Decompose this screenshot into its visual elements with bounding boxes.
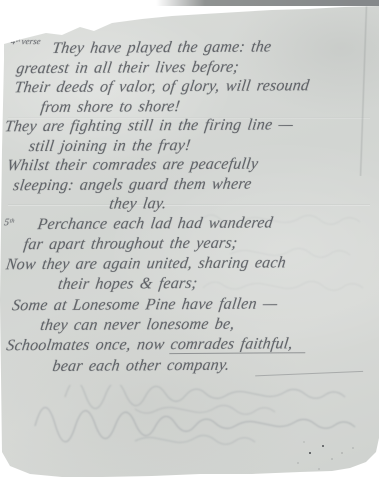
poem-line: from shore to shore! bbox=[39, 95, 378, 117]
poem-line: far apart throughout the years; bbox=[22, 232, 379, 255]
poem-line: Some at Lonesome Pine have fallen — bbox=[11, 293, 379, 316]
paper-sheet: 4ᵗʰ verse 5ᵗʰ They have played the game:… bbox=[0, 0, 379, 480]
poem-line: they lay. bbox=[108, 193, 379, 214]
verse-5: Perchance each lad had wandered far apar… bbox=[4, 212, 377, 377]
bleed-through-writing bbox=[12, 385, 370, 457]
verse-4-label: 4ᵗʰ verse bbox=[10, 36, 41, 46]
poem-line: Perchance each lad had wandered bbox=[36, 212, 379, 235]
underlined-phrase: comrades faithful, bbox=[169, 335, 307, 354]
poem-line: still joining in the fray! bbox=[28, 134, 379, 156]
poem-line: their hopes & fears; bbox=[57, 273, 379, 296]
poem-line: sleeping: angels guard them where bbox=[12, 173, 379, 195]
verse-4: They have played the game: the greatest … bbox=[3, 37, 376, 215]
poem-text: 4ᵗʰ verse 5ᵗʰ They have played the game:… bbox=[3, 37, 377, 377]
poem-line: Whilst their comrades are peacefully bbox=[6, 154, 379, 176]
scan-edge-strip bbox=[156, 0, 379, 6]
poem-line: Schoolmates once, now comrades faithful, bbox=[5, 334, 379, 357]
poem-line: they can never lonesome be, bbox=[39, 314, 379, 337]
poem-line: They are fighting still in the firing li… bbox=[4, 115, 379, 137]
poem-line: Their deeds of valor, of glory, will res… bbox=[13, 76, 378, 98]
poem-line: bear each other company. bbox=[51, 354, 379, 377]
poem-line: They have played the game: the bbox=[51, 37, 378, 59]
scanned-page: 4ᵗʰ verse 5ᵗʰ They have played the game:… bbox=[0, 0, 379, 480]
verse-5-label: 5ᵗʰ bbox=[3, 217, 14, 228]
foxing-specks bbox=[309, 452, 311, 454]
poem-line: greatest in all their lives before; bbox=[15, 56, 378, 78]
poem-line-text: Schoolmates once, now bbox=[5, 336, 171, 354]
